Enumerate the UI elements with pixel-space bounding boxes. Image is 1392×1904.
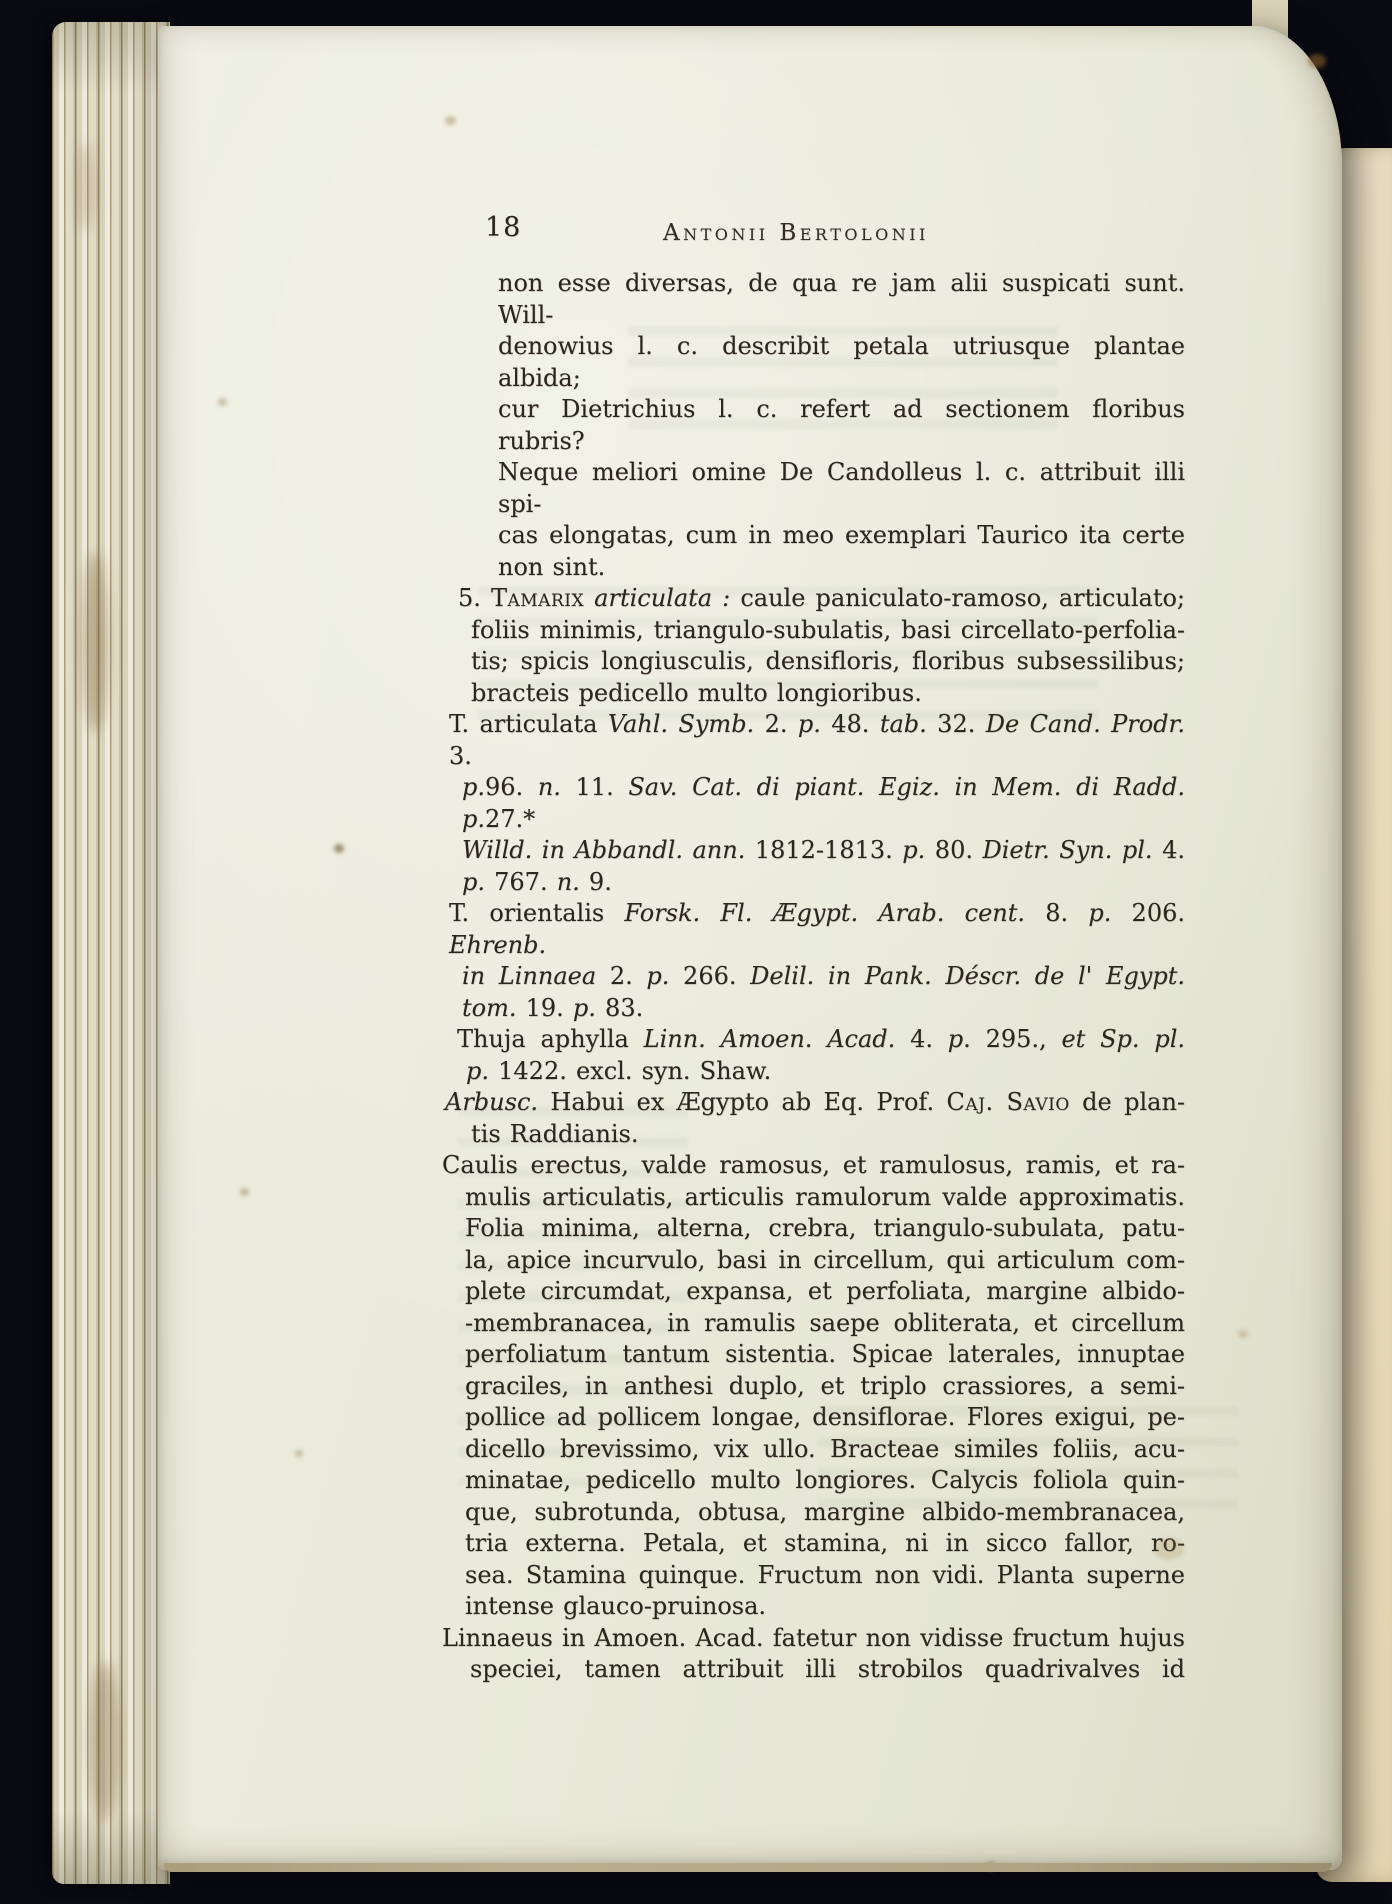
text-line: graciles, in anthesi duplo, et triplo cr… (465, 1371, 1185, 1403)
text-line: tria externa. Petala, et stamina, ni in … (465, 1528, 1185, 1560)
text-line: non sint. (498, 552, 1185, 584)
text-segment: 767. (485, 868, 557, 896)
italic-text: p. (798, 710, 821, 738)
italic-text: Arbusc. (445, 1088, 538, 1116)
text-segment: de plan- (1070, 1088, 1185, 1116)
text-segment: foliis minimis, triangulo-subulatis, bas… (471, 616, 1185, 644)
italic-text: p. (646, 962, 669, 990)
small-caps-text: Tamarix (491, 584, 584, 612)
text-segment: bracteis pedicello multo longioribus. (471, 679, 922, 707)
italic-text: Vahl. Symb. (608, 710, 754, 738)
stain (1238, 1330, 1248, 1338)
text-line: Folia minima, alterna, crebra, triangulo… (465, 1213, 1185, 1245)
italic-text: p. (462, 773, 485, 801)
book-page: 18 Antonii Bertolonii non esse diversas,… (158, 26, 1342, 1870)
small-caps-text: Caj. Savio (946, 1088, 1069, 1116)
text-segment: dicello brevissimo, vix ullo. Bracteae s… (465, 1435, 1185, 1463)
text-segment: mulis articulatis, articulis ramulorum v… (465, 1183, 1185, 1211)
text-segment: tis Raddianis. (471, 1120, 638, 1148)
text-segment: 266. (669, 962, 750, 990)
text-line: que, subrotunda, obtusa, margine albido-… (465, 1497, 1185, 1529)
text-segment: Neque meliori omine De Candolleus l. c. … (498, 458, 1185, 518)
text-line: p. 767. n. 9. (462, 867, 1185, 899)
text-line: p.96. n. 11. Sav. Cat. di piant. Egiz. i… (462, 772, 1185, 835)
paragraph: 5. Tamarix articulata : caule paniculato… (471, 583, 1185, 709)
italic-text: tom. (462, 994, 516, 1022)
text-segment: tis; spicis longiusculis, densifloris, f… (471, 647, 1185, 675)
paragraph: T. articulata Vahl. Symb. 2. p. 48. tab.… (462, 709, 1185, 898)
text-segment: Linnaeus in Amoen. Acad. fatetur non vid… (442, 1624, 1185, 1652)
text-segment: 1422. excl. syn. Shaw. (489, 1057, 771, 1085)
stain (240, 1188, 249, 1196)
paragraph: Arbusc. Habui ex Ægypto ab Eq. Prof. Caj… (471, 1087, 1185, 1150)
text-segment: plete circumdat, expansa, et perfoliata,… (465, 1277, 1185, 1305)
text-block: non esse diversas, de qua re jam alii su… (464, 268, 1185, 1686)
text-segment: Habui ex Ægypto ab Eq. Prof. (538, 1088, 946, 1116)
paragraph: non esse diversas, de qua re jam alii su… (498, 268, 1185, 583)
text-line: perfoliatum tantum sistentia. Spicae lat… (465, 1339, 1185, 1371)
text-line: tom. 19. p. 83. (462, 993, 1185, 1025)
text-line: mulis articulatis, articulis ramulorum v… (465, 1182, 1185, 1214)
italic-text: p. (902, 836, 925, 864)
text-segment: 96. (485, 773, 538, 801)
text-line: p. 1422. excl. syn. Shaw. (466, 1056, 1185, 1088)
italic-text: n. (538, 773, 561, 801)
italic-text: Linn. Amoen. Acad. (644, 1025, 896, 1053)
text-segment: denowius l. c. describit petala utriusqu… (498, 332, 1185, 392)
text-segment: 3. (449, 742, 472, 770)
text-line: Willd. in Abbandl. ann. 1812-1813. p. 80… (462, 835, 1185, 867)
text-segment: que, subrotunda, obtusa, margine albido-… (465, 1498, 1185, 1526)
stain (218, 398, 227, 406)
text-line: -membranacea, in ramulis saepe obliterat… (465, 1308, 1185, 1340)
text-segment: non sint. (498, 553, 605, 581)
stain (986, 1862, 996, 1871)
text-segment: 2. (754, 710, 798, 738)
stain (90, 1662, 120, 1822)
text-line: non esse diversas, de qua re jam alii su… (498, 268, 1185, 331)
text-line: sea. Stamina quinque. Fructum non vidi. … (465, 1560, 1185, 1592)
text-line: foliis minimis, triangulo-subulatis, bas… (471, 615, 1185, 647)
italic-text: Willd. in Abbandl. ann. (462, 836, 745, 864)
stain (82, 552, 108, 732)
paragraph: Thuja aphylla Linn. Amoen. Acad. 4. p. 2… (466, 1024, 1185, 1087)
text-segment: 206. (1111, 899, 1185, 927)
text-line: plete circumdat, expansa, et perfoliata,… (465, 1276, 1185, 1308)
paragraph: Linnaeus in Amoen. Acad. fatetur non vid… (470, 1623, 1185, 1686)
text-segment: 80. (925, 836, 982, 864)
text-segment: 27.* (485, 805, 535, 833)
text-line: dicello brevissimo, vix ullo. Bracteae s… (465, 1434, 1185, 1466)
text-segment: cur Dietrichius l. c. refert ad sectione… (498, 395, 1185, 455)
text-line: Linnaeus in Amoen. Acad. fatetur non vid… (442, 1623, 1185, 1655)
text-segment: pollice ad pollicem longae, densiflorae.… (465, 1403, 1185, 1431)
text-line: Arbusc. Habui ex Ægypto ab Eq. Prof. Caj… (445, 1087, 1185, 1119)
italic-text: p. (466, 1057, 489, 1085)
text-line: 5. Tamarix articulata : caule paniculato… (458, 583, 1185, 615)
paragraph: Caulis erectus, valde ramosus, et ramulo… (465, 1150, 1185, 1623)
text-segment: 295., (971, 1025, 1062, 1053)
page-number: 18 (485, 212, 521, 243)
text-segment: 9. (580, 868, 612, 896)
text-segment: sea. Stamina quinque. Fructum non vidi. … (465, 1561, 1185, 1589)
text-segment: T. orientalis (449, 899, 624, 927)
text-line: Neque meliori omine De Candolleus l. c. … (498, 457, 1185, 520)
text-segment: cas elongatas, cum in meo exemplari Taur… (498, 521, 1185, 549)
text-line: denowius l. c. describit petala utriusqu… (498, 331, 1185, 394)
text-segment: 11. (561, 773, 628, 801)
text-line: Caulis erectus, valde ramosus, et ramulo… (442, 1150, 1185, 1182)
stain (1154, 1538, 1184, 1560)
stain (445, 116, 456, 125)
text-line: speciei, tamen attribuit illi strobilos … (470, 1654, 1185, 1686)
text-line: tis Raddianis. (471, 1119, 1185, 1151)
text-segment: speciei, tamen attribuit illi strobilos … (470, 1655, 1185, 1683)
italic-text: De Cand. Prodr. (986, 710, 1185, 738)
text-segment: T. articulata (449, 710, 608, 738)
book-photo: 18 Antonii Bertolonii non esse diversas,… (0, 0, 1392, 1904)
page-stack-fore-edge (52, 22, 170, 1884)
text-line: la, apice incurvulo, basi in circellum, … (465, 1245, 1185, 1277)
text-segment: 32. (927, 710, 986, 738)
italic-text: p. (462, 868, 485, 896)
text-segment: Caulis erectus, valde ramosus, et ramulo… (442, 1151, 1185, 1179)
italic-text: tab. (880, 710, 927, 738)
text-segment: caule paniculato-ramoso, articulato; (730, 584, 1185, 612)
text-line: bracteis pedicello multo longioribus. (471, 678, 1185, 710)
running-header: Antonii Bertolonii (663, 220, 929, 246)
italic-text: in Linnaea (462, 962, 596, 990)
text-segment: minatae, pedicello multo longiores. Caly… (465, 1466, 1185, 1494)
text-segment: Folia minima, alterna, crebra, triangulo… (465, 1214, 1185, 1242)
text-segment: intense glauco-pruinosa. (465, 1592, 766, 1620)
italic-text: p. (948, 1025, 971, 1053)
text-segment: 83. (596, 994, 643, 1022)
stain (295, 1450, 303, 1457)
text-segment (584, 584, 594, 612)
italic-text: Ehrenb. (449, 931, 546, 959)
text-segment: perfoliatum tantum sistentia. Spicae lat… (465, 1340, 1185, 1368)
text-line: Thuja aphylla Linn. Amoen. Acad. 4. p. 2… (457, 1024, 1185, 1056)
text-segment: 8. (1025, 899, 1088, 927)
text-line: minatae, pedicello multo longiores. Caly… (465, 1465, 1185, 1497)
stain (76, 142, 96, 232)
text-line: T. orientalis Forsk. Fl. Ægypt. Arab. ce… (449, 898, 1185, 961)
text-segment: 5. (458, 584, 491, 612)
text-line: pollice ad pollicem longae, densiflorae.… (465, 1402, 1185, 1434)
italic-text: n. (557, 868, 580, 896)
italic-text: Dietr. Syn. pl. (983, 836, 1153, 864)
italic-text: et Sp. pl. (1061, 1025, 1185, 1053)
text-line: tis; spicis longiusculis, densifloris, f… (471, 646, 1185, 678)
italic-text: articulata : (594, 584, 730, 612)
text-segment: graciles, in anthesi duplo, et triplo cr… (465, 1372, 1185, 1400)
text-segment: tria externa. Petala, et stamina, ni in … (465, 1529, 1185, 1557)
text-segment: 19. (516, 994, 572, 1022)
text-segment: 1812-1813. (745, 836, 902, 864)
text-segment: Thuja aphylla (457, 1025, 644, 1053)
text-line: in Linnaea 2. p. 266. Delil. in Pank. Dé… (462, 961, 1185, 993)
italic-text: p. (573, 994, 596, 1022)
text-segment: 4. (895, 1025, 948, 1053)
text-segment: 48. (821, 710, 880, 738)
text-segment: non esse diversas, de qua re jam alii su… (498, 269, 1185, 329)
text-segment: 2. (596, 962, 646, 990)
text-segment: 4. (1153, 836, 1185, 864)
stain (1308, 54, 1326, 68)
text-segment: la, apice incurvulo, basi in circellum, … (465, 1246, 1185, 1274)
text-line: T. articulata Vahl. Symb. 2. p. 48. tab.… (449, 709, 1185, 772)
stain (334, 844, 344, 853)
text-line: cur Dietrichius l. c. refert ad sectione… (498, 394, 1185, 457)
italic-text: Delil. in Pank. Déscr. de l' Egypt. (750, 962, 1185, 990)
text-segment: -membranacea, in ramulis saepe obliterat… (465, 1309, 1185, 1337)
text-line: intense glauco-pruinosa. (465, 1591, 1185, 1623)
italic-text: Forsk. Fl. Ægypt. Arab. cent. (624, 899, 1025, 927)
text-line: cas elongatas, cum in meo exemplari Taur… (498, 520, 1185, 552)
italic-text: p. (1088, 899, 1111, 927)
paragraph: T. orientalis Forsk. Fl. Ægypt. Arab. ce… (462, 898, 1185, 1024)
